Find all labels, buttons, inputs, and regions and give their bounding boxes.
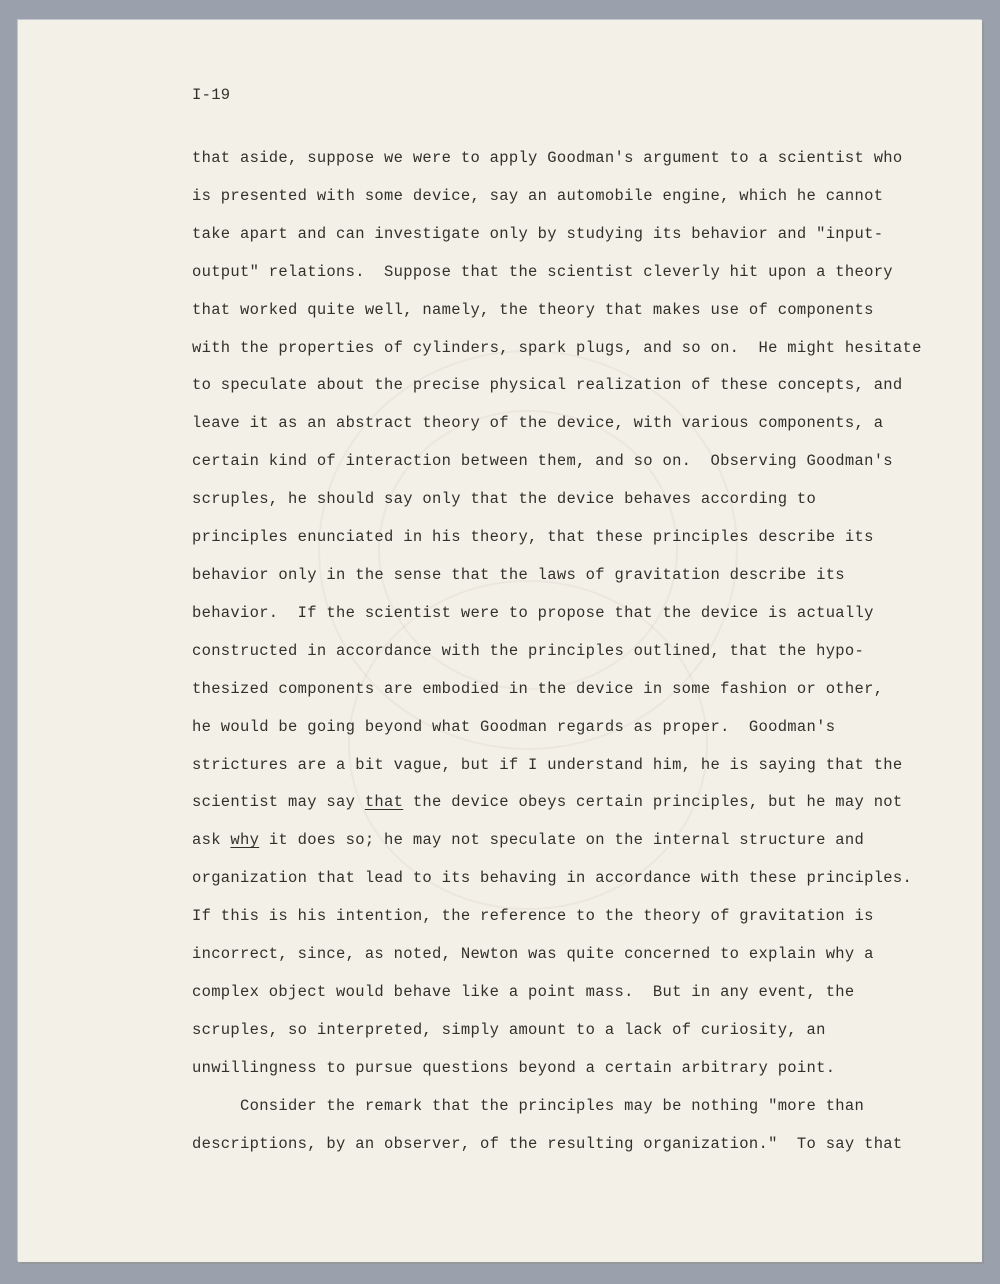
text-line: If this is his intention, the reference … <box>192 898 952 936</box>
text-line: behavior. If the scientist were to propo… <box>192 595 952 633</box>
text-line: strictures are a bit vague, but if I und… <box>192 747 952 785</box>
text-line: he would be going beyond what Goodman re… <box>192 709 952 747</box>
text-line: is presented with some device, say an au… <box>192 178 952 216</box>
text-line: incorrect, since, as noted, Newton was q… <box>192 936 952 974</box>
text-line: ask why it does so; he may not speculate… <box>192 822 952 860</box>
text-line: thesized components are embodied in the … <box>192 671 952 709</box>
text-line: that worked quite well, namely, the theo… <box>192 292 952 330</box>
text-line: certain kind of interaction between them… <box>192 443 952 481</box>
text-line: organization that lead to its behaving i… <box>192 860 952 898</box>
text-line: constructed in accordance with the princ… <box>192 633 952 671</box>
text-line: descriptions, by an observer, of the res… <box>192 1126 952 1164</box>
text-line: output" relations. Suppose that the scie… <box>192 254 952 292</box>
text-line: to speculate about the precise physical … <box>192 367 952 405</box>
text-line: complex object would behave like a point… <box>192 974 952 1012</box>
page-number: I-19 <box>192 77 230 115</box>
text-line: scientist may say that the device obeys … <box>192 784 952 822</box>
scanned-page-background: { "colors": { "background": "#9aa1ad", "… <box>0 0 1000 1284</box>
text-line: scruples, he should say only that the de… <box>192 481 952 519</box>
text-line: principles enunciated in his theory, tha… <box>192 519 952 557</box>
text-line: take apart and can investigate only by s… <box>192 216 952 254</box>
text-line: scruples, so interpreted, simply amount … <box>192 1012 952 1050</box>
text-line: leave it as an abstract theory of the de… <box>192 405 952 443</box>
text-line: Consider the remark that the principles … <box>192 1088 952 1126</box>
text-line: with the properties of cylinders, spark … <box>192 330 952 368</box>
text-line: that aside, suppose we were to apply Goo… <box>192 140 952 178</box>
text-line: unwillingness to pursue questions beyond… <box>192 1050 952 1088</box>
text-line: behavior only in the sense that the laws… <box>192 557 952 595</box>
body-text: that aside, suppose we were to apply Goo… <box>192 140 952 1163</box>
typewritten-page: I-19 that aside, suppose we were to appl… <box>18 20 982 1262</box>
